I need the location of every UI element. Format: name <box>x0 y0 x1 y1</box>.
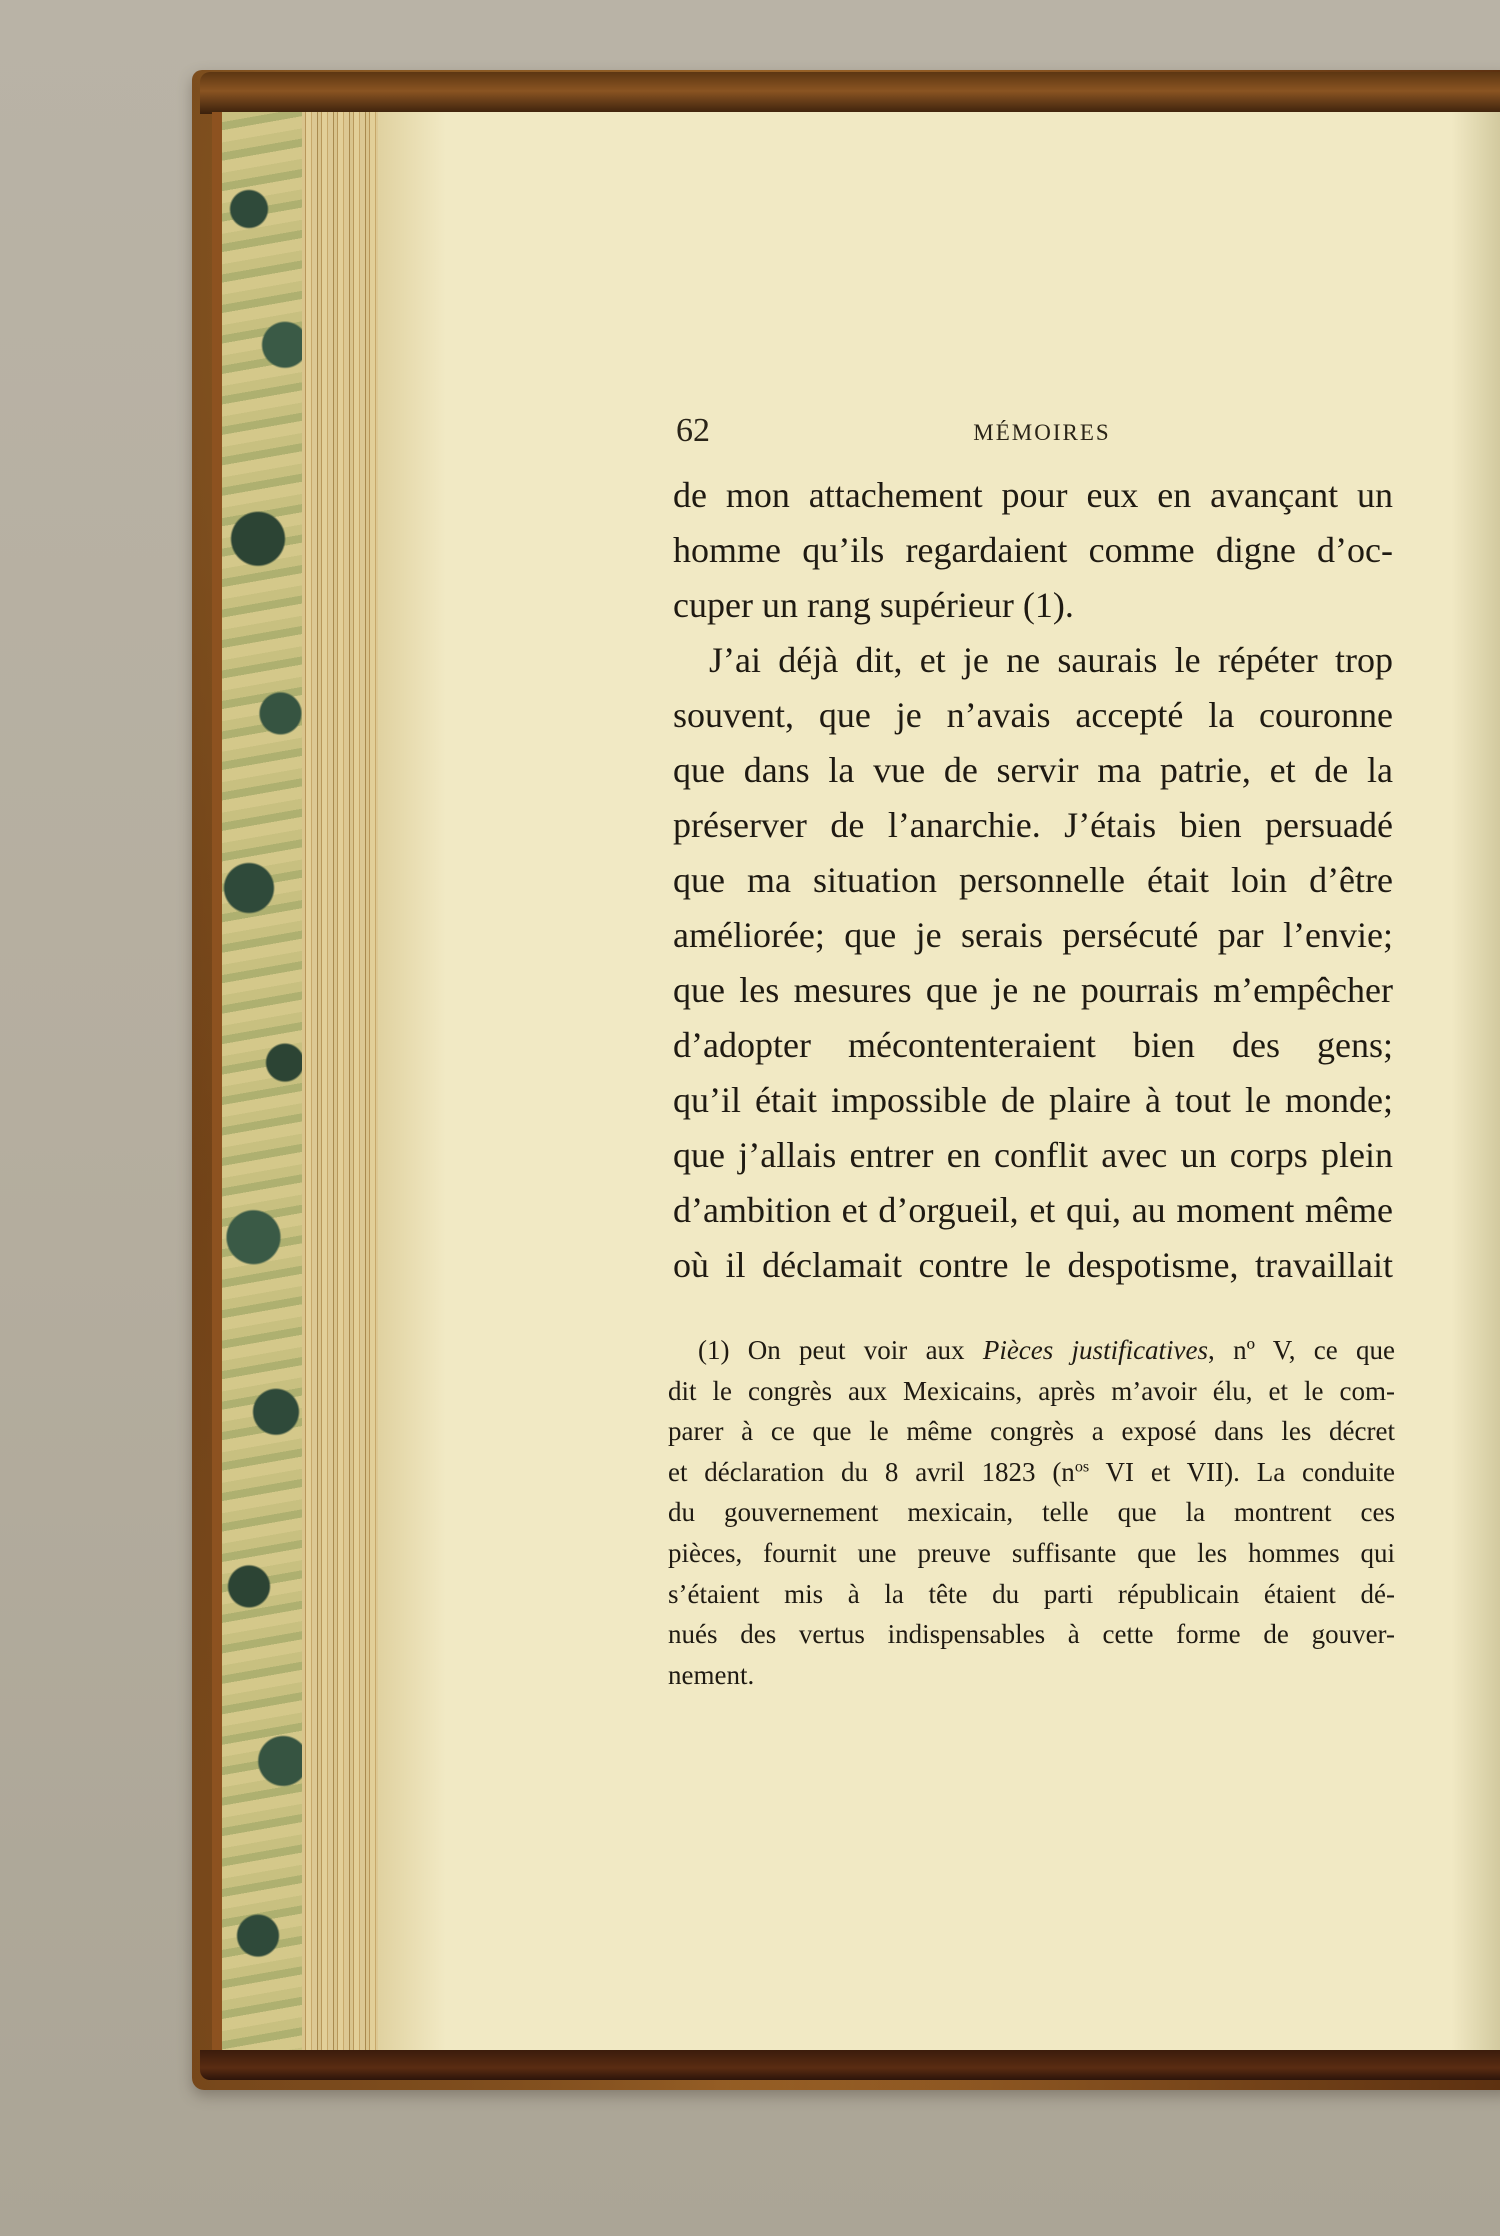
body-text: de mon attachement pour eux en avançant … <box>673 468 1393 1293</box>
body-line: J’ai déjà dit, et je ne saurais le répét… <box>673 633 1393 688</box>
binding-top-edge <box>200 72 1500 114</box>
body-line: où il déclamait contre le despotisme, tr… <box>673 1238 1393 1293</box>
footnote-line: dit le congrès aux Mexicains, après m’av… <box>668 1371 1395 1412</box>
body-line: homme qu’ils regardaient comme digne d’o… <box>673 523 1393 578</box>
footnote-marker: (1) <box>698 1335 729 1365</box>
footnote-italic-title: Pièces justificatives <box>983 1335 1208 1365</box>
body-line: souvent, que je n’avais accepté la couro… <box>673 688 1393 743</box>
footnote-line: nement. <box>668 1655 1395 1696</box>
body-line: améliorée; que je serais persécuté par l… <box>673 908 1393 963</box>
body-line: cuper un rang supérieur (1). <box>673 578 1393 633</box>
body-line: d’adopter mécontenteraient bien des gens… <box>673 1018 1393 1073</box>
footnote-line: et déclaration du 8 avril 1823 (nos VI e… <box>668 1452 1395 1493</box>
body-line: que les mesures que je ne pourrais m’emp… <box>673 963 1393 1018</box>
body-line: d’ambition et d’orgueil, et qui, au mome… <box>673 1183 1393 1238</box>
footnote-line: du gouvernement mexicain, telle que la m… <box>668 1492 1395 1533</box>
printed-page: 62 MÉMOIRES de mon attachement pour eux … <box>378 112 1500 2052</box>
body-line: que j’allais entrer en conflit avec un c… <box>673 1128 1393 1183</box>
footnote-line: (1) On peut voir aux Pièces justificativ… <box>668 1330 1395 1371</box>
marbled-endpaper <box>212 112 312 2052</box>
footnote-line: nués des vertus indispensables à cette f… <box>668 1614 1395 1655</box>
body-line: préserver de l’anarchie. J’étais bien pe… <box>673 798 1393 853</box>
footnote-line: pièces, fournit une preuve suffisante qu… <box>668 1533 1395 1574</box>
binding-bottom-edge <box>200 2050 1500 2080</box>
page-header: 62 MÉMOIRES <box>676 412 1392 456</box>
footnote-line: s’étaient mis à la tête du parti républi… <box>668 1574 1395 1615</box>
body-line: que ma situation personnelle était loin … <box>673 853 1393 908</box>
footnote-line: parer à ce que le même congrès a exposé … <box>668 1411 1395 1452</box>
body-line: qu’il était impossible de plaire à tout … <box>673 1073 1393 1128</box>
body-line: que dans la vue de servir ma patrie, et … <box>673 743 1393 798</box>
body-line: de mon attachement pour eux en avançant … <box>673 468 1393 523</box>
footnote: (1) On peut voir aux Pièces justificativ… <box>668 1330 1395 1695</box>
running-head: MÉMOIRES <box>676 420 1392 446</box>
page-block-edges <box>302 112 380 2052</box>
